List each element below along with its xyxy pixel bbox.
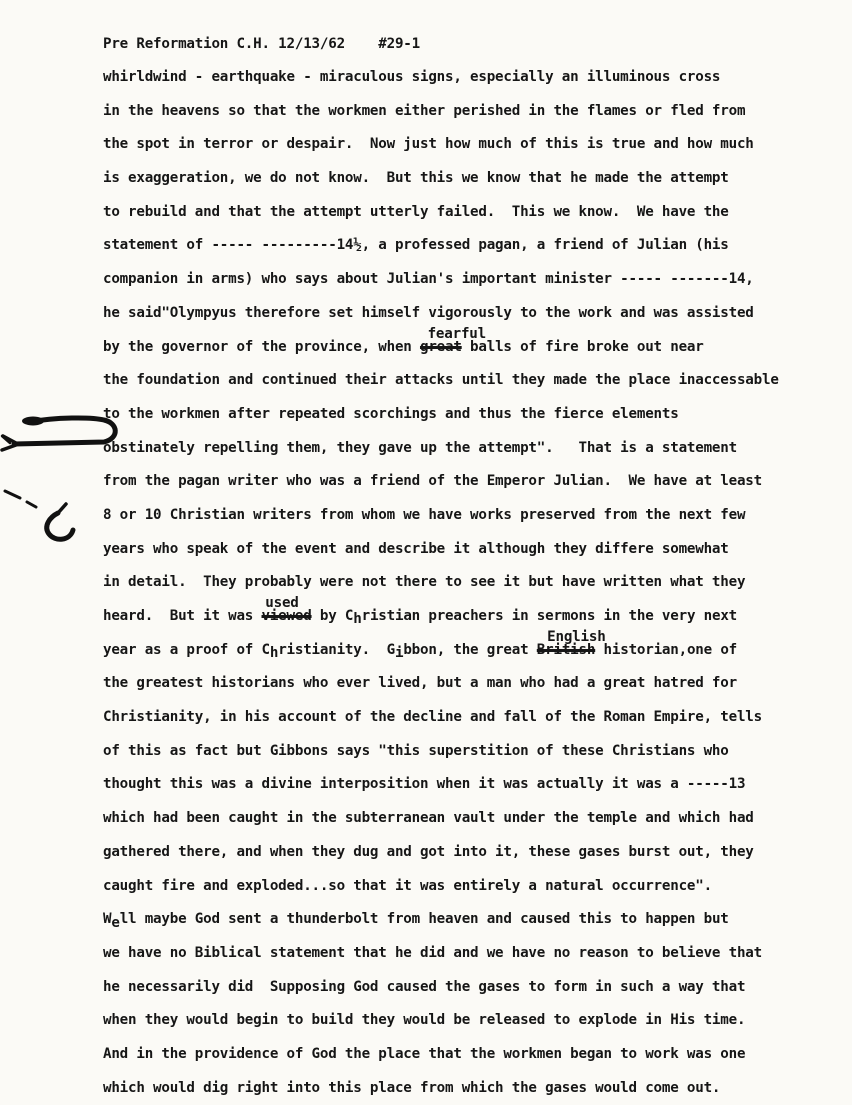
text-line: is exaggeration, we do not know. But thi… (103, 162, 852, 196)
text-line: the foundation and continued their attac… (103, 364, 852, 398)
text-run: fearful (428, 326, 486, 342)
text-run: Christianity, in his account of the decl… (103, 709, 762, 725)
text-line: heard. But it was viewed by Christian pr… (103, 600, 852, 634)
text-line: he necessarily did Supposing God caused … (103, 971, 852, 1005)
text-line: And in the providence of God the place t… (103, 1038, 852, 1072)
text-run: from the pagan writer who was a friend o… (103, 473, 762, 489)
typewritten-text: whirldwind - earthquake - miraculous sig… (103, 61, 852, 1105)
text-line: statement of ----- ---------14½, a profe… (103, 229, 852, 263)
text-run: English (547, 629, 605, 645)
text-run: obstinately repelling them, they gave up… (103, 440, 737, 456)
dropped-letter: e (111, 915, 119, 931)
text-line: of this as fact but Gibbons says "this s… (103, 735, 852, 769)
text-line: to the workmen after repeated scorchings… (103, 398, 852, 432)
text-run: is exaggeration, we do not know. But thi… (103, 170, 729, 186)
text-run: statement of ----- ---------14½, a profe… (103, 237, 729, 253)
text-run: gathered there, and when they dug and go… (103, 844, 754, 860)
text-line: which had been caught in the subterranea… (103, 802, 852, 836)
text-run: by C (312, 608, 354, 624)
text-line: caught fire and exploded...so that it wa… (103, 870, 852, 904)
text-run: the greatest historians who ever lived, … (103, 675, 737, 691)
text-run: to rebuild and that the attempt utterly … (103, 204, 729, 220)
text-line: from the pagan writer who was a friend o… (103, 465, 852, 499)
text-run: ristian preachers in sermons in the very… (362, 608, 737, 624)
text-line: years who speak of the event and describ… (103, 533, 852, 567)
text-line: Well maybe God sent a thunderbolt from h… (103, 903, 852, 937)
text-run: companion in arms) who says about Julian… (103, 271, 754, 287)
text-run: thought this was a divine interposition … (103, 776, 745, 792)
text-line: gathered there, and when they dug and go… (103, 836, 852, 870)
text-line: Christianity, in his account of the decl… (103, 701, 852, 735)
text-run: heard. But it was (103, 608, 262, 624)
text-run: year as a proof of C (103, 642, 270, 658)
text-line: the spot in terror or despair. Now just … (103, 128, 852, 162)
document-page: Pre Reformation C.H. 12/13/62 #29-1 whir… (0, 0, 852, 1105)
text-run: bbon, the great (403, 642, 536, 658)
text-run: balls of fire broke out near (462, 339, 704, 355)
text-run: which had been caught in the subterranea… (103, 810, 754, 826)
text-run: of this as fact but Gibbons says "this s… (103, 743, 729, 759)
text-run: ristianity. G (278, 642, 395, 658)
text-line: obstinately repelling them, they gave up… (103, 432, 852, 466)
text-line: in the heavens so that the workmen eithe… (103, 95, 852, 129)
text-run: historian,one of (595, 642, 737, 658)
text-line: in detail. They probably were not there … (103, 566, 852, 600)
text-line: which would dig right into this place fr… (103, 1072, 852, 1105)
text-run: which would dig right into this place fr… (103, 1080, 720, 1096)
text-run: in detail. They probably were not there … (103, 574, 745, 590)
page-header: Pre Reformation C.H. 12/13/62 #29-1 (103, 27, 852, 61)
text-run: he said"Olympyus therefore set himself v… (103, 305, 754, 321)
text-run: 8 or 10 Christian writers from whom we h… (103, 507, 745, 523)
text-line: the greatest historians who ever lived, … (103, 667, 852, 701)
dropped-letter: h (270, 645, 278, 661)
text-line: we have no Biblical statement that he di… (103, 937, 852, 971)
text-run: the spot in terror or despair. Now just … (103, 136, 754, 152)
text-run: And in the providence of God the place t… (103, 1046, 745, 1062)
text-run: years who speak of the event and describ… (103, 541, 729, 557)
text-run: used (265, 595, 298, 611)
dropped-letter: i (395, 645, 403, 661)
text-run: we have no Biblical statement that he di… (103, 945, 762, 961)
text-line: 8 or 10 Christian writers from whom we h… (103, 499, 852, 533)
text-run: ll maybe God sent a thunderbolt from hea… (120, 911, 729, 927)
text-line: year as a proof of Christianity. Gibbon,… (103, 634, 852, 668)
dropped-letter: h (353, 611, 361, 627)
text-run: he necessarily did Supposing God caused … (103, 979, 745, 995)
text-run: by the governor of the province, when (103, 339, 420, 355)
text-line: thought this was a divine interposition … (103, 768, 852, 802)
text-run: the foundation and continued their attac… (103, 372, 779, 388)
text-line: companion in arms) who says about Julian… (103, 263, 852, 297)
text-run: in the heavens so that the workmen eithe… (103, 103, 745, 119)
text-line: to rebuild and that the attempt utterly … (103, 196, 852, 230)
text-run: when they would begin to build they woul… (103, 1012, 745, 1028)
text-run: whirldwind - earthquake - miraculous sig… (103, 69, 720, 85)
text-line: when they would begin to build they woul… (103, 1004, 852, 1038)
text-run: caught fire and exploded...so that it wa… (103, 878, 712, 894)
text-line: whirldwind - earthquake - miraculous sig… (103, 61, 852, 95)
text-run: to the workmen after repeated scorchings… (103, 406, 679, 422)
